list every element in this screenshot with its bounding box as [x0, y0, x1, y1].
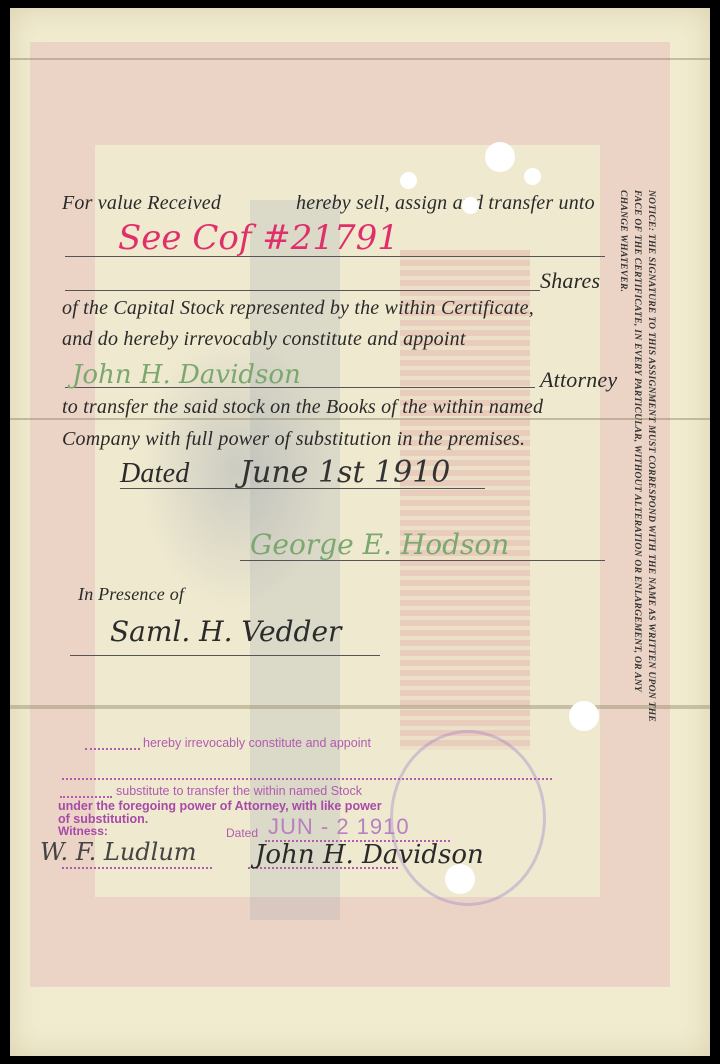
stamp-dotted-line — [85, 748, 140, 750]
date-handwritten: June 1st 1910 — [240, 455, 450, 490]
stamp-signature: John H. Davidson — [255, 840, 484, 870]
assignor-signature: George E. Hodson — [250, 528, 509, 561]
punch-hole — [462, 197, 479, 214]
stamp-line-1: hereby irrevocably constitute and appoin… — [143, 736, 371, 750]
stamp-witness-signature: W. F. Ludlum — [40, 838, 197, 866]
shares-label: Shares — [540, 268, 600, 294]
in-presence-of-label: In Presence of — [78, 584, 184, 605]
notice-label: NOTICE: — [646, 190, 656, 231]
attorney-label: Attorney — [540, 367, 617, 393]
assignee-handwritten: See Cof #21791 — [118, 218, 399, 258]
fold-line — [10, 705, 710, 709]
notice-text: THE SIGNATURE TO THIS ASSIGNMENT MUST CO… — [618, 190, 656, 722]
punch-hole — [485, 142, 515, 172]
dated-label: Dated — [120, 458, 189, 490]
punch-hole — [445, 864, 475, 894]
punch-hole — [524, 168, 541, 185]
attorney-name-handwritten: John H. Davidson — [72, 360, 301, 390]
punch-hole — [569, 701, 599, 731]
witness-line — [70, 655, 380, 656]
capital-stock-text: of the Capital Stock represented by the … — [62, 297, 534, 320]
transfer-books-text: to transfer the said stock on the Books … — [62, 396, 543, 419]
signature-notice: NOTICE: THE SIGNATURE TO THIS ASSIGNMENT… — [618, 190, 658, 730]
stamp-dotted-line — [62, 867, 212, 869]
stamp-witness-label: Witness: — [58, 824, 108, 838]
for-value-received-label: For value Received — [62, 192, 221, 215]
witness-signature: Saml. H. Vedder — [110, 615, 341, 648]
stamp-dotted-line — [60, 796, 112, 798]
stamp-dated-label: Dated — [226, 826, 258, 840]
constitute-appoint-text: and do hereby irrevocably constitute and… — [62, 328, 466, 351]
full-power-text: Company with full power of substitution … — [62, 428, 525, 451]
fold-line — [10, 58, 710, 60]
stamp-line-3: under the foregoing power of Attorney, w… — [58, 799, 382, 813]
stamp-dotted-line — [62, 778, 552, 780]
sell-assign-transfer-label: hereby sell, assign and transfer unto — [296, 192, 595, 215]
stamp-line-2: substitute to transfer the within named … — [116, 784, 362, 798]
shares-line — [65, 290, 540, 291]
stamp-date: JUN - 2 1910 — [268, 814, 410, 840]
red-panel-showthrough — [400, 250, 530, 750]
punch-hole — [400, 172, 417, 189]
